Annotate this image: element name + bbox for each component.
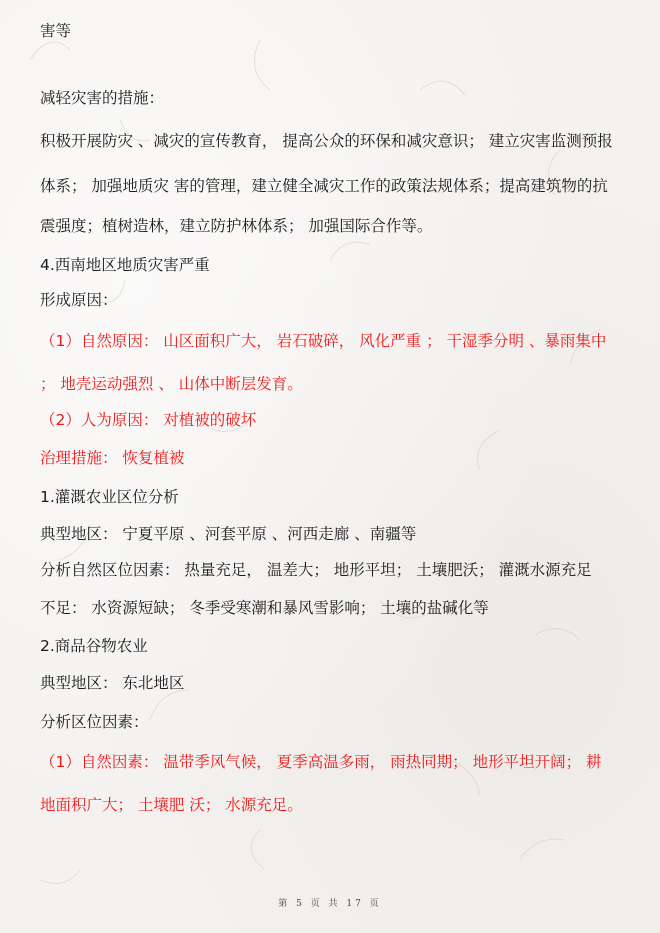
highlight-line: （2）人为原因： 对植被的破坏 — [40, 410, 256, 430]
text-line: 体系； 加强地质灾 害的管理，建立健全减灾工作的政策法规体系；提高建筑物的抗 — [40, 176, 608, 196]
page-number-footer: 第 5 页 共 17 页 — [0, 896, 660, 909]
highlight-line: （1）自然原因： 山区面积广大， 岩石破碎， 风化严重 ； 干湿季分明 、暴雨集… — [40, 331, 606, 351]
text-line: 分析区位因素： — [40, 712, 149, 732]
section-heading: 2.商品谷物农业 — [40, 636, 148, 656]
text-line: 不足： 水资源短缺； 冬季受寒潮和暴风雪影响； 土壤的盐碱化等 — [40, 598, 489, 618]
text-line: 形成原因： — [40, 290, 118, 310]
highlight-line: 地面积广大； 土壤肥 沃； 水源充足。 — [40, 795, 303, 815]
text-line: 积极开展防灾 、减灾的宣传教育， 提高公众的环保和减灾意识； 建立灾害监测预报 — [40, 131, 613, 151]
text-line: 分析自然区位因素： 热量充足， 温差大； 地形平坦； 土壤肥沃； 灌溉水源充足 — [40, 560, 592, 580]
highlight-line: （1）自然因素： 温带季风气候， 夏季高温多雨， 雨热同期； 地形平坦开阔； 耕 — [40, 752, 602, 772]
section-heading: 4.西南地区地质灾害严重 — [40, 255, 210, 275]
text-line: 减轻灾害的措施： — [40, 88, 164, 108]
highlight-line: ； 地壳运动强烈 、 山体中断层发育。 — [40, 374, 303, 394]
text-line: 典型地区： 东北地区 — [40, 673, 184, 693]
text-line: 震强度；植树造林，建立防护林体系； 加强国际合作等。 — [40, 216, 432, 236]
text-line: 害等 — [40, 21, 71, 41]
text-line: 典型地区： 宁夏平原 、河套平原 、河西走廊 、南疆等 — [40, 524, 416, 544]
section-heading: 1.灌溉农业区位分析 — [40, 487, 179, 507]
highlight-line: 治理措施： 恢复植被 — [40, 448, 184, 468]
